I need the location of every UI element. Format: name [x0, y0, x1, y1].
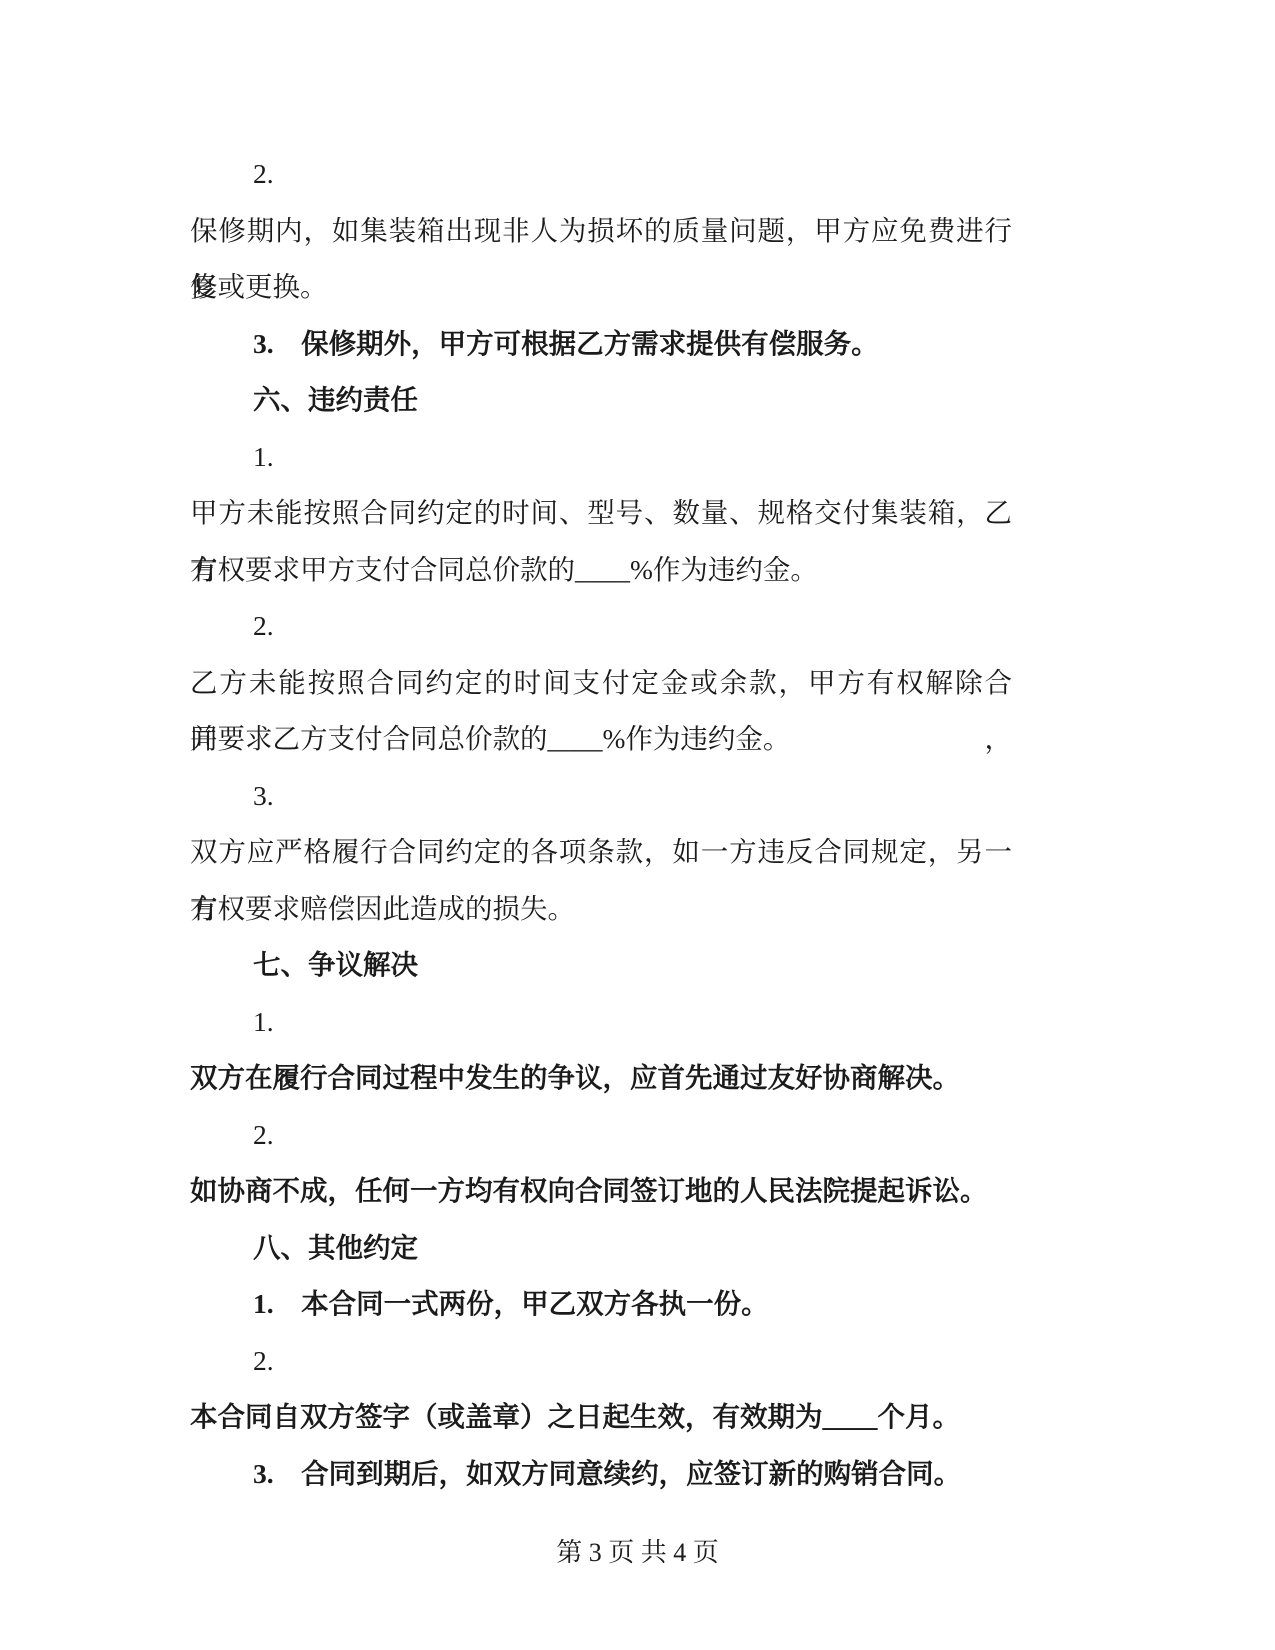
section-heading: 八、其他约定: [190, 1220, 1012, 1277]
body-text: 保修期内，如集装箱出现非人为损坏的质量问题，甲方应免费进行修: [190, 203, 1012, 260]
section-heading: 七、争议解决: [190, 937, 1012, 994]
clause-text: 如协商不成，任何一方均有权向合同签订地的人民法院提起诉讼。: [190, 1163, 1012, 1220]
list-number: 2.: [190, 598, 1012, 655]
list-number: 2.: [190, 146, 1012, 203]
list-number: 2.: [190, 1107, 1012, 1164]
clause-text: 1. 本合同一式两份，甲乙双方各执一份。: [190, 1276, 1012, 1333]
clause-text: 3. 保修期外，甲方可根据乙方需求提供有偿服务。: [190, 316, 1012, 373]
list-number: 1.: [190, 429, 1012, 486]
body-text: 双方应严格履行合同约定的各项条款，如一方违反合同规定，另一方: [190, 824, 1012, 881]
clause-text: 3. 合同到期后，如双方同意续约，应签订新的购销合同。: [190, 1446, 1012, 1503]
document-body: 2.保修期内，如集装箱出现非人为损坏的质量问题，甲方应免费进行修复或更换。3. …: [190, 146, 1012, 1502]
body-text: 甲方未能按照合同约定的时间、型号、数量、规格交付集装箱，乙方: [190, 485, 1012, 542]
document-page: 2.保修期内，如集装箱出现非人为损坏的质量问题，甲方应免费进行修复或更换。3. …: [0, 0, 1275, 1650]
body-text: 乙方未能按照合同约定的时间支付定金或余款，甲方有权解除合同，: [190, 655, 1012, 712]
body-text: 有权要求赔偿因此造成的损失。: [190, 881, 1012, 938]
clause-text: 本合同自双方签字（或盖章）之日起生效，有效期为____个月。: [190, 1389, 1012, 1446]
page-footer: 第 3 页 共 4 页: [0, 1536, 1275, 1570]
body-text: 有权要求甲方支付合同总价款的____%作为违约金。: [190, 542, 1012, 599]
list-number: 3.: [190, 768, 1012, 825]
clause-text: 双方在履行合同过程中发生的争议，应首先通过友好协商解决。: [190, 1050, 1012, 1107]
section-heading: 六、违约责任: [190, 372, 1012, 429]
list-number: 1.: [190, 994, 1012, 1051]
body-text: 复或更换。: [190, 259, 1012, 316]
list-number: 2.: [190, 1333, 1012, 1390]
